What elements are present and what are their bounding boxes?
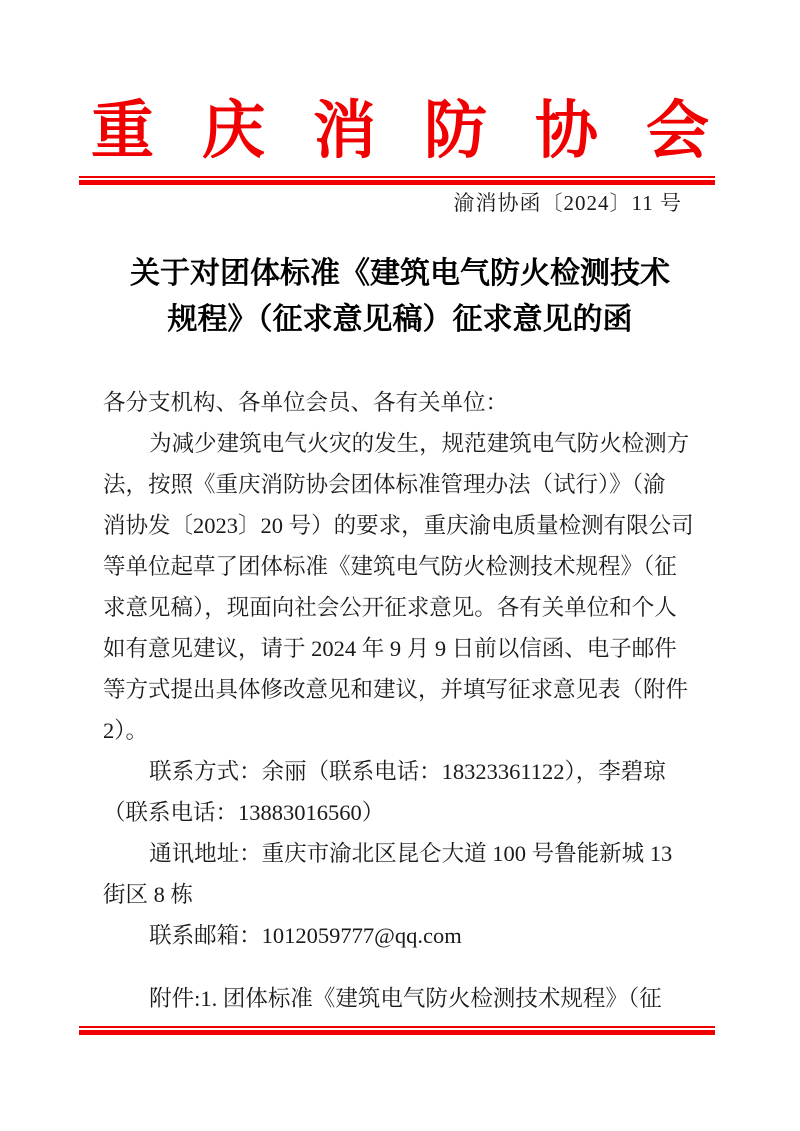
header-divider-line — [79, 176, 715, 185]
letter-body: 各分支机构、各单位会员、各有关单位： 为减少建筑电气火灾的发生，规范建筑电气防火… — [103, 382, 703, 956]
document-page: 重庆消防协会 渝消协函〔2024〕11 号 关于对团体标准《建筑电气防火检测技术… — [0, 0, 800, 1131]
body-line: 法，按照《重庆消防协会团体标准管理办法（试行）》（渝 — [103, 464, 703, 505]
body-line-address: 街区 8 栋 — [103, 874, 703, 915]
body-line-salutation: 各分支机构、各单位会员、各有关单位： — [103, 382, 703, 423]
footer-divider-line — [79, 1026, 715, 1035]
body-line-contact: 联系方式：余丽（联系电话：18323361122），李碧琼 — [103, 751, 703, 792]
attachment-line: 附件:1. 团体标准《建筑电气防火检测技术规程》（征 — [103, 984, 703, 1014]
body-line: 求意见稿），现面向社会公开征求意见。各有关单位和个人 — [103, 587, 703, 628]
body-line: 消协发〔2023〕20 号）的要求，重庆渝电质量检测有限公司 — [103, 505, 703, 546]
body-line: 等方式提出具体修改意见和建议，并填写征求意见表（附件 — [103, 669, 703, 710]
body-line-contact: （联系电话：13883016560） — [103, 792, 703, 833]
body-line: 等单位起草了团体标准《建筑电气防火检测技术规程》（征 — [103, 546, 703, 587]
document-title: 关于对团体标准《建筑电气防火检测技术 规程》（征求意见稿）征求意见的函 — [0, 251, 800, 343]
document-title-line-2: 规程》（征求意见稿）征求意见的函 — [0, 297, 800, 343]
document-title-line-1: 关于对团体标准《建筑电气防火检测技术 — [0, 251, 800, 297]
body-line: 为减少建筑电气火灾的发生，规范建筑电气防火检测方 — [103, 423, 703, 464]
body-line: 如有意见建议，请于 2024 年 9 月 9 日前以信函、电子邮件 — [103, 628, 703, 669]
body-line-address: 通讯地址：重庆市渝北区昆仑大道 100 号鲁能新城 13 — [103, 833, 703, 874]
document-number: 渝消协函〔2024〕11 号 — [454, 190, 682, 216]
body-line-email: 联系邮箱：1012059777@qq.com — [103, 915, 703, 956]
body-line: 2）。 — [103, 710, 703, 751]
org-name-header: 重庆消防协会 — [0, 92, 800, 170]
